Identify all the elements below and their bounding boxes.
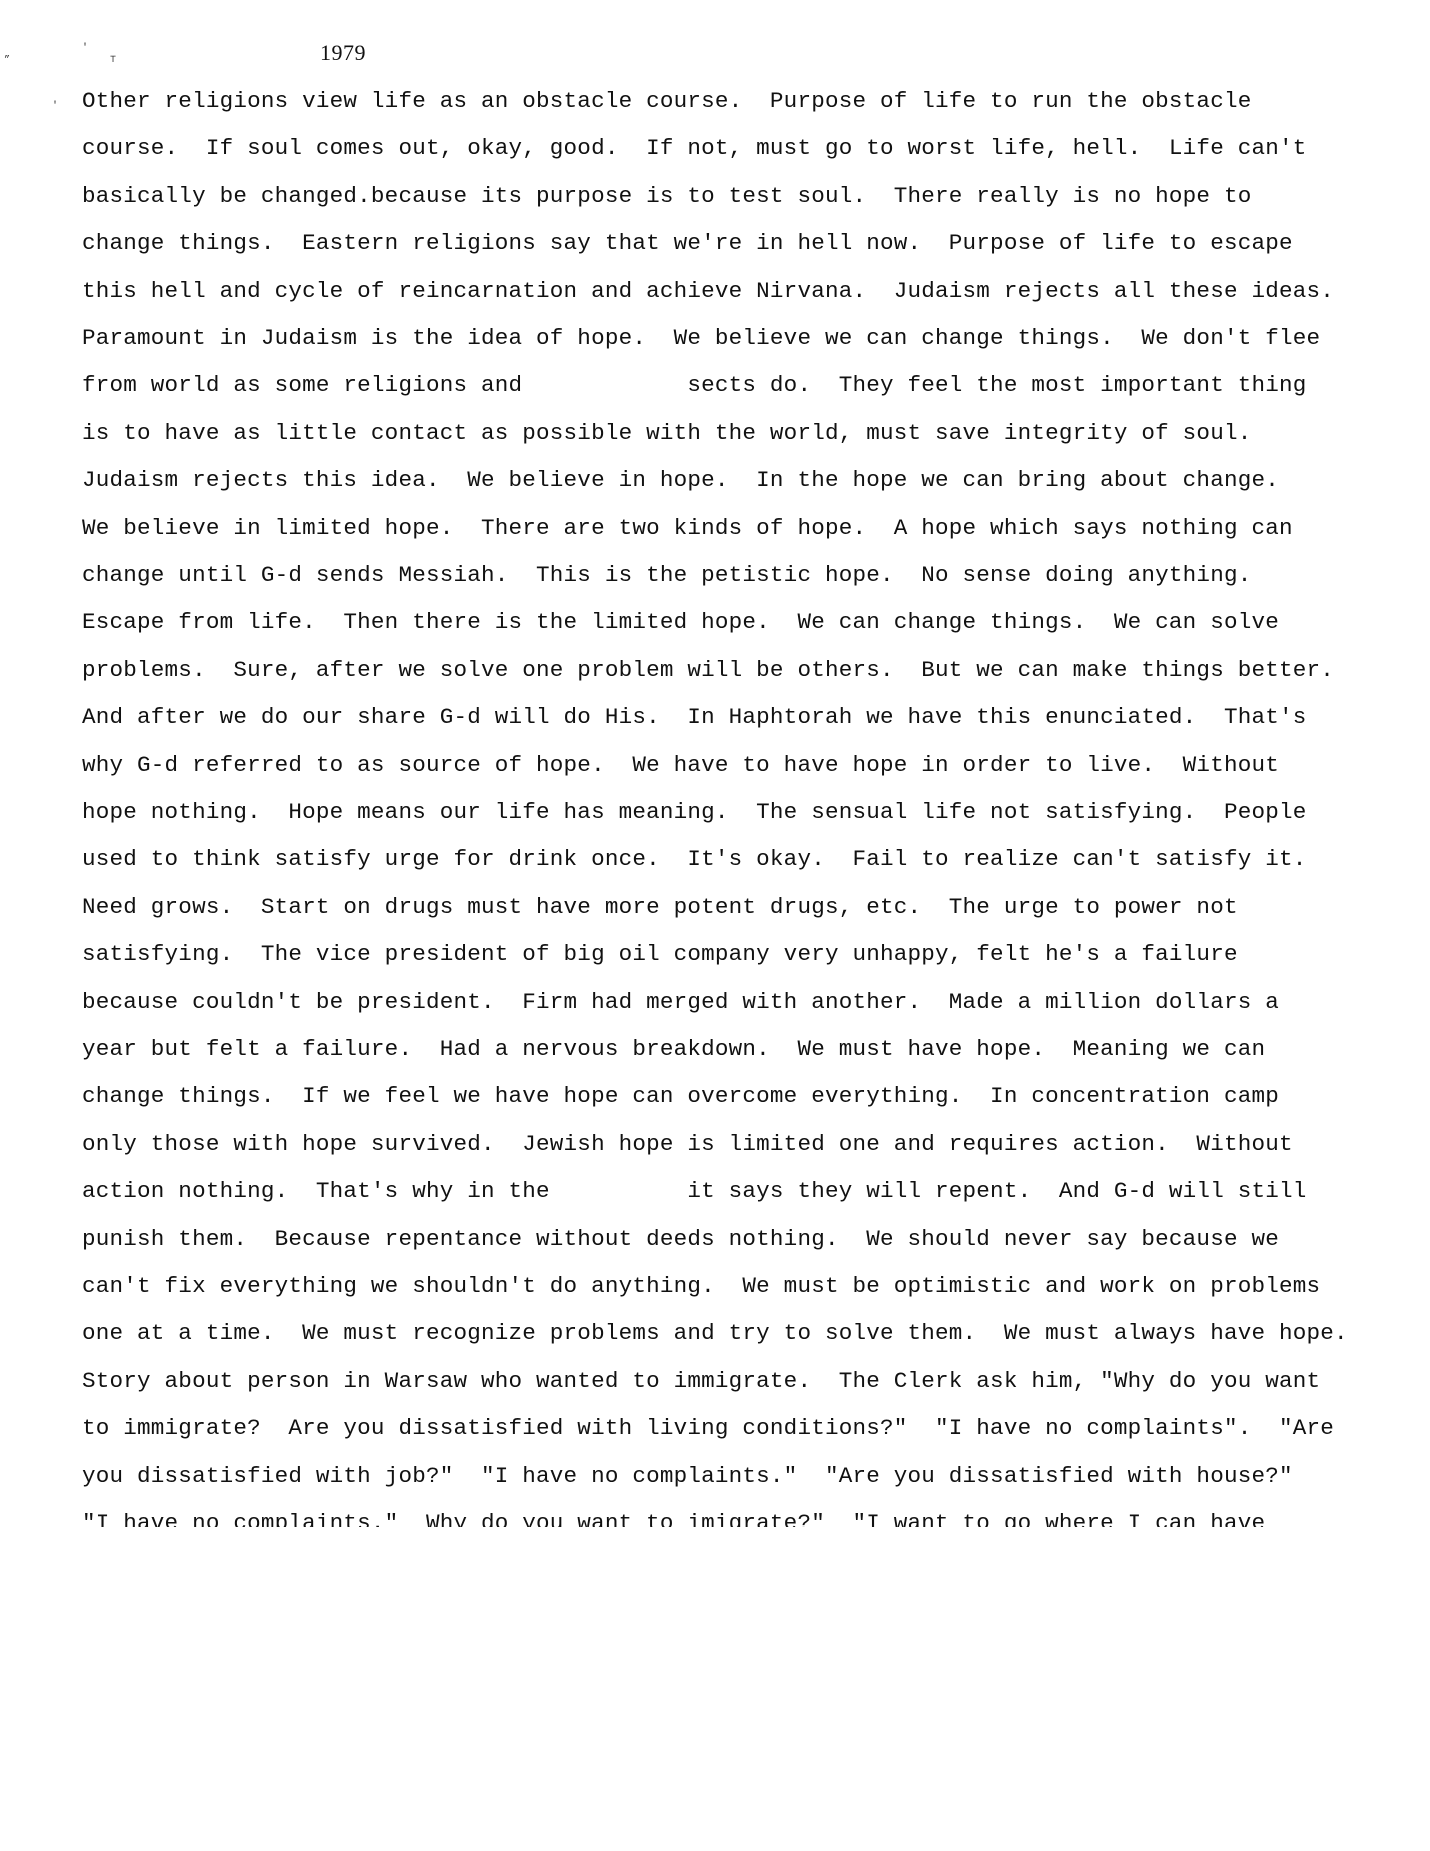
text-line: only those with hope survived. Jewish ho… bbox=[82, 1131, 1293, 1157]
text-line: change things. Eastern religions say tha… bbox=[82, 230, 1293, 256]
text-line: And after we do our share G-d will do Hi… bbox=[82, 704, 1307, 730]
document-page: „ ' ⊤ ′ 1979 Other religions view life a… bbox=[0, 0, 1430, 1851]
text-line: from world as some religions and sects d… bbox=[82, 372, 1307, 398]
text-line: to immigrate? Are you dissatisfied with … bbox=[82, 1415, 1334, 1441]
text-line: why G-d referred to as source of hope. W… bbox=[82, 752, 1279, 778]
text-line: Story about person in Warsaw who wanted … bbox=[82, 1368, 1320, 1394]
scan-speck: ′ bbox=[52, 102, 58, 112]
scan-speck: „ bbox=[4, 50, 10, 60]
text-line: one at a time. We must recognize problem… bbox=[82, 1320, 1348, 1346]
text-line: We believe in limited hope. There are tw… bbox=[82, 515, 1293, 541]
text-line: satisfying. The vice president of big oi… bbox=[82, 941, 1238, 967]
text-line: is to have as little contact as possible… bbox=[82, 420, 1251, 446]
text-line: action nothing. That's why in the it say… bbox=[82, 1178, 1307, 1204]
text-line: change until G-d sends Messiah. This is … bbox=[82, 562, 1251, 588]
text-line: Paramount in Judaism is the idea of hope… bbox=[82, 325, 1320, 351]
scan-speck: ' bbox=[82, 44, 88, 54]
text-line: you dissatisfied with job?" "I have no c… bbox=[82, 1463, 1293, 1489]
year-header: 1979 bbox=[320, 40, 366, 66]
text-line: problems. Sure, after we solve one probl… bbox=[82, 657, 1334, 683]
text-line: Escape from life. Then there is the limi… bbox=[82, 609, 1279, 635]
text-line: this hell and cycle of reincarnation and… bbox=[82, 278, 1334, 304]
text-line: Other religions view life as an obstacle… bbox=[82, 88, 1251, 114]
text-line: Need grows. Start on drugs must have mor… bbox=[82, 894, 1238, 920]
text-line: Judaism rejects this idea. We believe in… bbox=[82, 467, 1279, 493]
text-line: hope nothing. Hope means our life has me… bbox=[82, 799, 1307, 825]
text-line: used to think satisfy urge for drink onc… bbox=[82, 846, 1307, 872]
text-line: course. If soul comes out, okay, good. I… bbox=[82, 135, 1307, 161]
text-line: change things. If we feel we have hope c… bbox=[82, 1083, 1279, 1109]
text-line: year but felt a failure. Had a nervous b… bbox=[82, 1036, 1265, 1062]
text-line: punish them. Because repentance without … bbox=[82, 1226, 1279, 1252]
text-line: can't fix everything we shouldn't do any… bbox=[82, 1273, 1320, 1299]
scan-speck: ⊤ bbox=[110, 56, 116, 66]
text-line: "I have no complaints." Why do you want … bbox=[82, 1510, 1265, 1527]
text-line: basically be changed.because its purpose… bbox=[82, 183, 1251, 209]
text-line: because couldn't be president. Firm had … bbox=[82, 989, 1279, 1015]
